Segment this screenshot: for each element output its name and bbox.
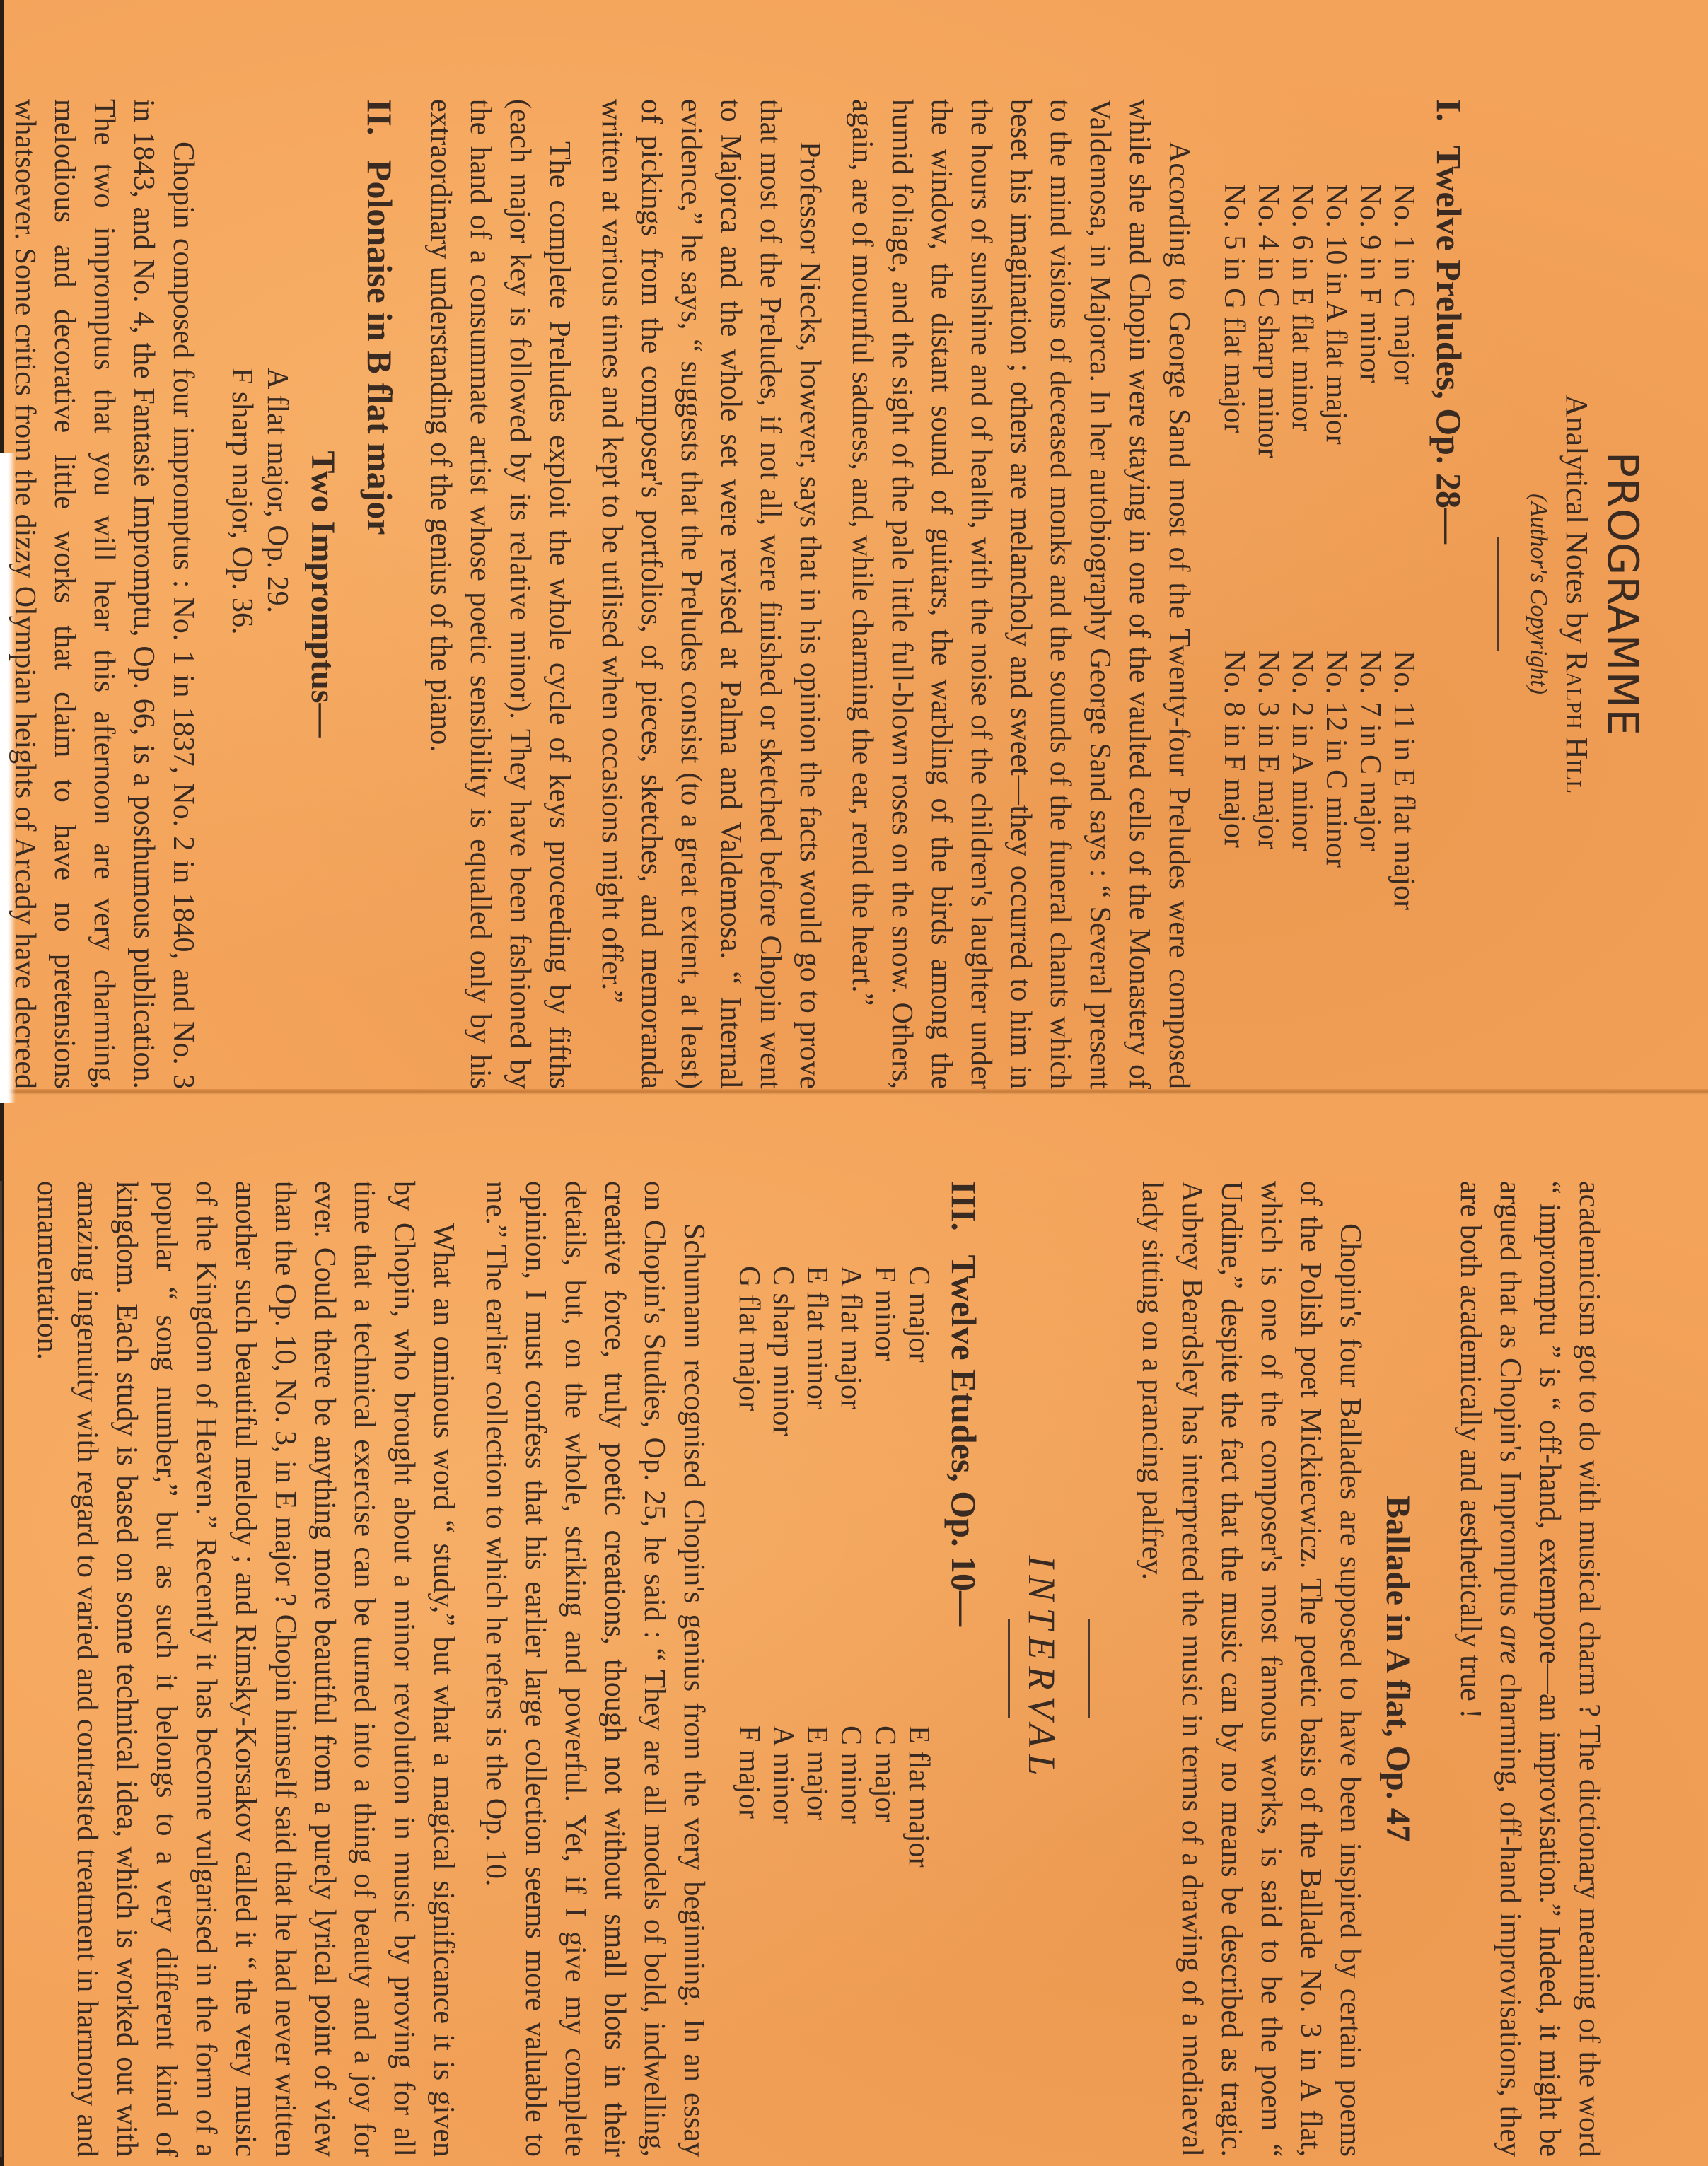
prelude-item: No. 8 in F major [1217,651,1251,1089]
programme-page-1: PROGRAMME Analytical Notes by Ralph Hill… [127,99,1648,1089]
programme-page-2: academicism got to do with musical charm… [124,1181,1609,2157]
impromptu-item: A flat major, Op. 29. [260,368,295,1089]
prelude-item: No. 6 in E flat minor [1285,184,1319,622]
prelude-item: No. 10 in A flat major [1319,184,1353,622]
prelude-item: No. 12 in C minor [1319,651,1353,1089]
section-1-numeral: I. [1429,99,1469,122]
etude-item: E flat major [902,1725,936,2157]
etude-item: A minor [766,1725,800,2157]
interval-rule-bottom [1008,1619,1010,1718]
title-divider [1497,537,1499,651]
prelude-item: No. 5 in G flat major [1217,184,1251,622]
section-3-numeral: III. [944,1181,984,1231]
author-name: Ralph Hill [1559,651,1594,793]
subtitle-prefix: Analytical Notes by [1559,395,1594,644]
impromptu-item: F sharp major, Op. 36. [224,368,260,1089]
etude-item: C major [902,1266,936,1697]
etudes-paragraph-2: What an ominous word “ study,” but what … [28,1181,463,2157]
impromptus-paragraph: Chopin composed four impromptus : No. 1 … [0,99,203,1089]
preludes-paragraph-2: Professor Niecks, however, says that in … [592,99,830,1089]
copyright-note: (Author's Copyright) [1521,99,1556,1089]
section-3-heading: III. Twelve Etudes, Op. 10— [941,1181,987,2157]
preludes-paragraph-3: The complete Preludes exploit the whole … [421,99,579,1089]
prelude-item: No. 2 in A minor [1285,651,1319,1089]
etude-item: G flat major [732,1266,766,1697]
prelude-item: No. 1 in C major [1387,184,1421,622]
section-2-heading: II. Polonaise in B flat major [357,99,402,1089]
ballade-heading: Ballade in A flat, Op. 47 [1376,1181,1419,2157]
section-3-title: Twelve Etudes, Op. 10— [944,1254,984,1626]
prelude-item: No. 3 in E major [1251,651,1285,1089]
impromptus-list: A flat major, Op. 29. F sharp major, Op.… [224,99,295,1089]
etude-item: C minor [834,1725,868,2157]
prelude-item: No. 9 in F minor [1353,184,1387,622]
footer-divider [0,1181,2,2157]
programme-subtitle: Analytical Notes by Ralph Hill [1556,99,1597,1089]
section-1-title: Twelve Preludes, Op. 28— [1429,146,1469,544]
programme-title: PROGRAMME [1597,99,1648,1089]
preludes-paragraph-1: According to George Sand most of the Twe… [842,99,1199,1089]
etude-item: F major [732,1725,766,2157]
etudes-paragraph-1: Schumann recognised Chopin's genius from… [476,1181,714,2157]
ballade-paragraph: Chopin's four Ballades are supposed to h… [1132,1181,1370,2157]
etude-item: C sharp minor [766,1266,800,1697]
etude-item: E flat minor [800,1266,834,1697]
interval-rule-top [1088,1619,1090,1718]
section-2-numeral: II. [360,99,400,135]
etude-item: F minor [868,1266,902,1697]
impromptus-heading: Two Impromptus— [301,99,344,1089]
interval-label: INTERVAL [1017,1181,1067,2157]
etude-item: A flat major [834,1266,868,1697]
etude-item: E major [800,1725,834,2157]
impromptus-paragraph-continued: academicism got to do with musical charm… [1451,1181,1609,2157]
preludes-list: No. 1 in C major No. 11 in E flat major … [1217,99,1421,1089]
etude-item: C major [868,1725,902,2157]
prelude-item: No. 11 in E flat major [1387,651,1421,1089]
paper-fold-crease [0,1089,1708,1095]
prelude-item: No. 4 in C sharp minor [1251,184,1285,622]
etudes-list: C major E flat major F minor C major A f… [732,1181,936,2157]
prelude-item: No. 7 in C major [1353,651,1387,1089]
section-2-title: Polonaise in B flat major [360,160,400,535]
section-1-heading: I. Twelve Preludes, Op. 28— [1427,99,1472,1089]
emphasis-text: are [1494,1626,1526,1664]
